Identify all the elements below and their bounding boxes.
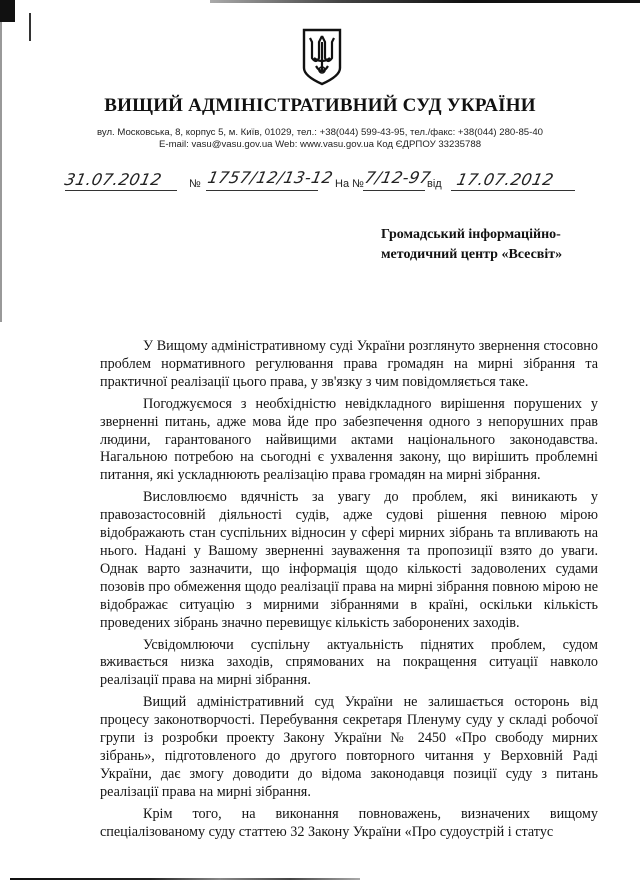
scan-artifact-mark [29, 13, 31, 41]
recipient-line-2: методичний центр «Всесвіт» [381, 245, 621, 265]
scan-artifact-left-edge [0, 22, 2, 322]
paragraph: Висловлюємо вдячність за увагу до пробле… [100, 489, 598, 632]
outgoing-date: 31.07.2012 [63, 170, 164, 189]
letter-body: У Вищому адміністративному суді України … [100, 338, 598, 845]
scan-artifact-top-edge [210, 0, 640, 3]
reference-date-underline [451, 190, 575, 191]
paragraph: Вищий адміністративний суд України не за… [100, 694, 598, 801]
number-underline [206, 190, 318, 191]
recipient-line-1: Громадський інформаційно- [381, 225, 621, 245]
recipient-block: Громадський інформаційно- методичний цен… [381, 225, 621, 265]
reference-date: 17.07.2012 [455, 170, 556, 189]
reference-underline [363, 190, 425, 191]
paragraph: Крім того, на виконання повноважень, виз… [100, 806, 598, 842]
paragraph: Усвідомлюючи суспільну актуальність підн… [100, 637, 598, 691]
court-address: вул. Московська, 8, корпус 5, м. Київ, 0… [0, 127, 640, 138]
coat-of-arms-trident-icon [302, 28, 342, 86]
number-label: № [189, 178, 201, 190]
reference-label: На № [335, 178, 364, 190]
paragraph: Погоджуємося з необхідністю невідкладног… [100, 396, 598, 486]
scan-artifact-bottom-edge [10, 878, 360, 880]
scan-artifact-corner [0, 0, 15, 22]
registration-line: 31.07.2012 № 1757/12/13-12 На № 7/12-97 … [65, 166, 625, 196]
reference-number: 7/12-97 [363, 168, 433, 187]
outgoing-number: 1757/12/13-12 [206, 168, 335, 187]
paragraph: У Вищому адміністративному суді України … [100, 338, 598, 392]
from-label: від [427, 178, 442, 190]
date-underline [65, 190, 177, 191]
court-contacts: E-mail: vasu@vasu.gov.ua Web: www.vasu.g… [0, 139, 640, 150]
court-name-heading: ВИЩИЙ АДМІНІСТРАТИВНИЙ СУД УКРАЇНИ [0, 95, 640, 117]
